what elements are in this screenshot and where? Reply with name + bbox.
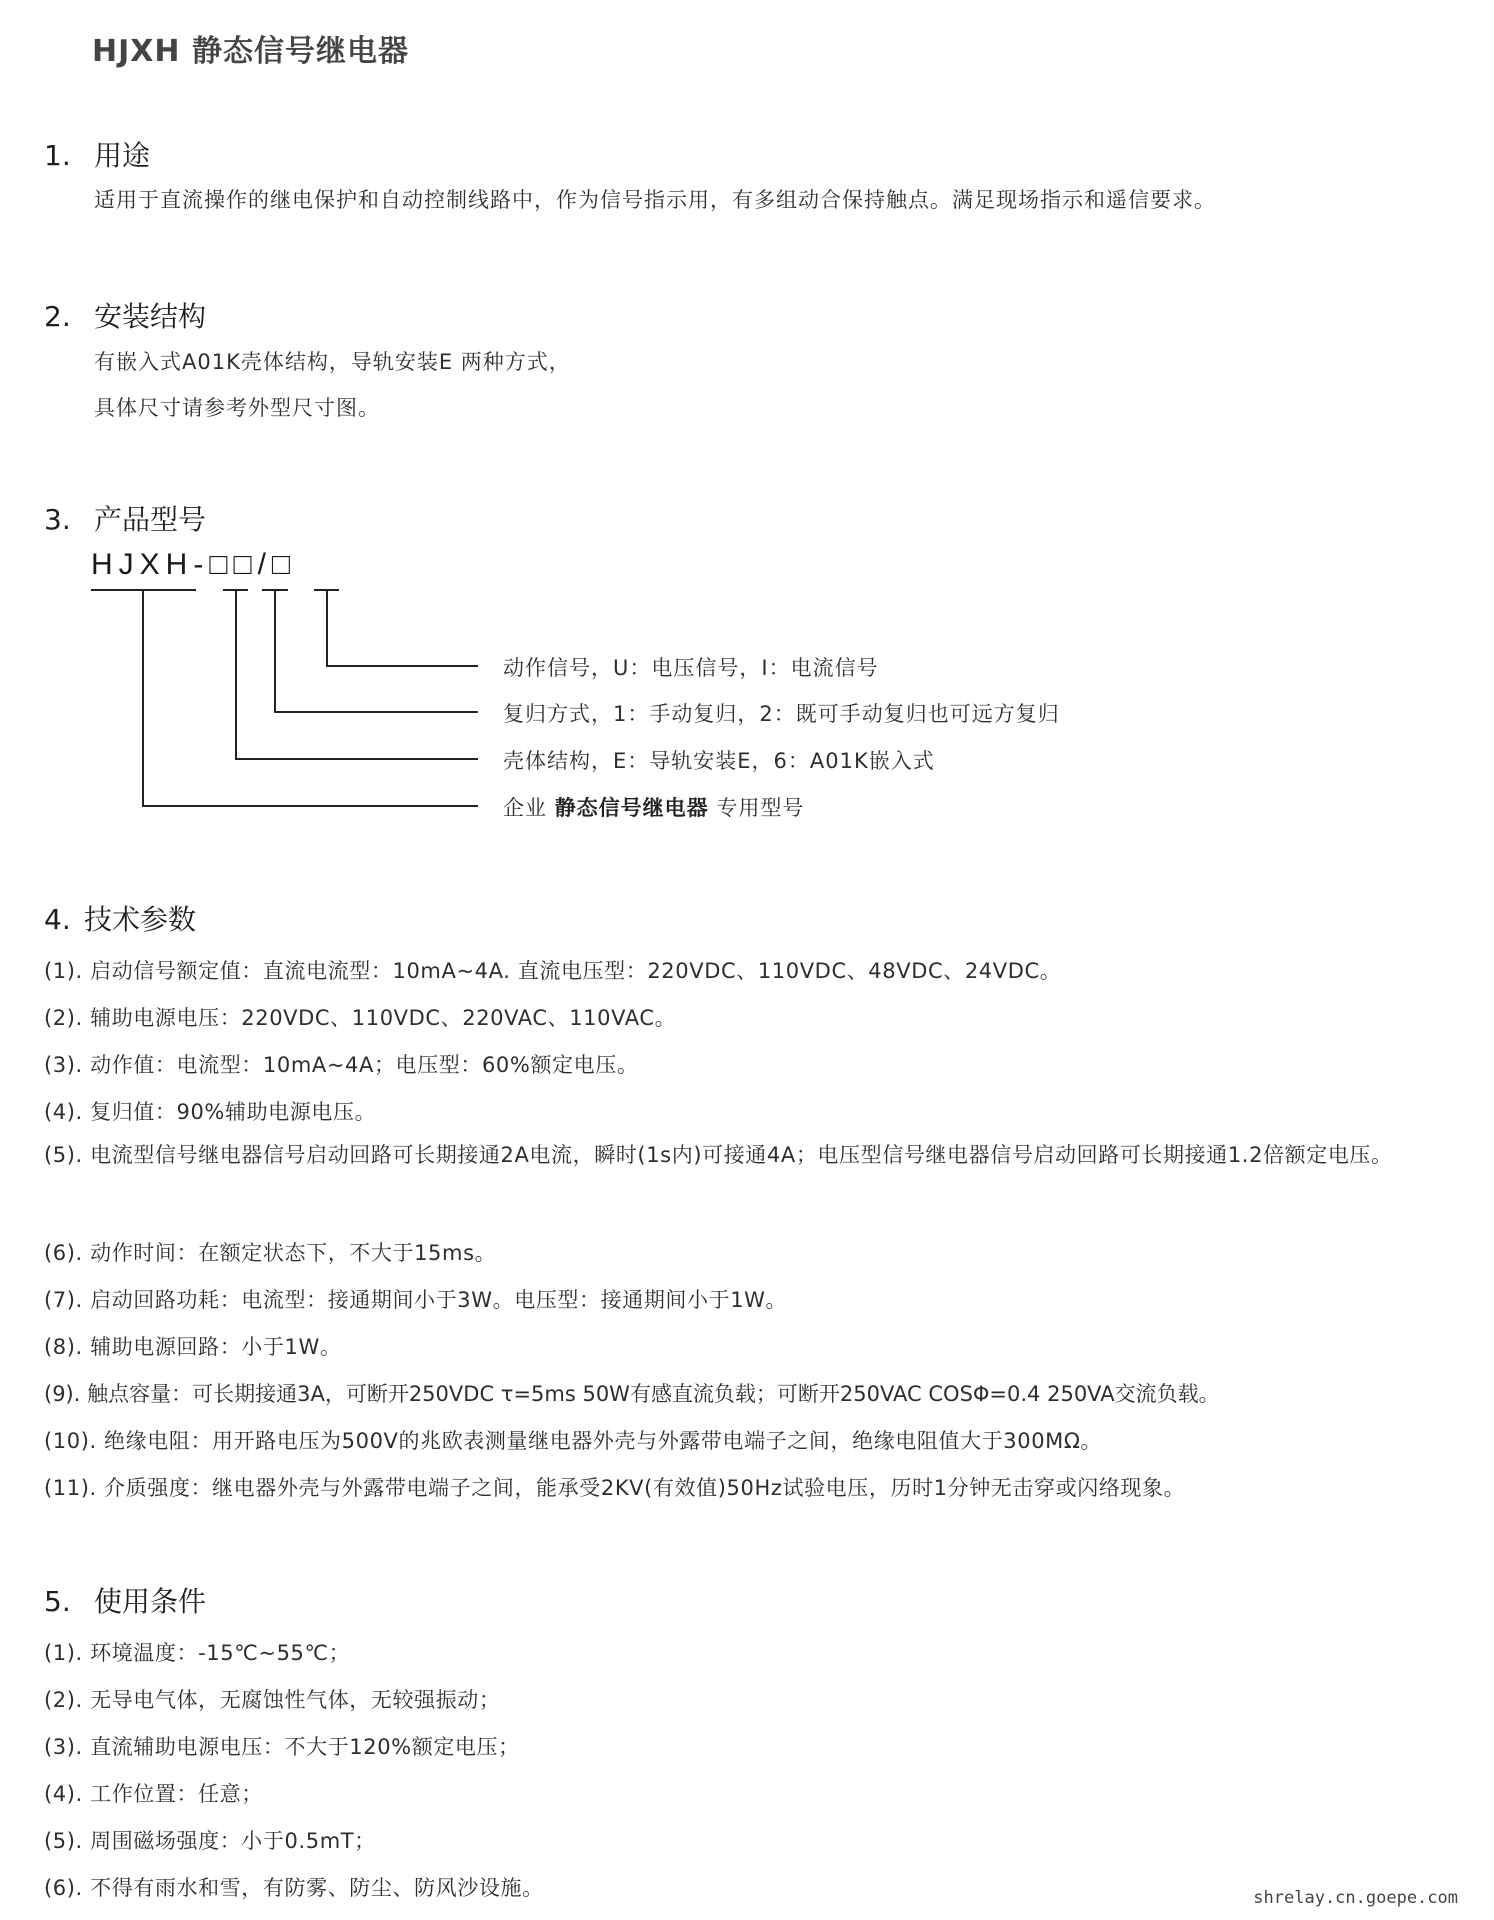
legend-suffix: 专用型号 (709, 796, 805, 820)
condition-item-2: (2). 无导电气体，无腐蚀性气体，无较强振动； (44, 1684, 501, 1714)
legend-reset-mode: 复归方式，1：手动复归，2：既可手动复归也可远方复归 (503, 698, 1060, 728)
spec-item-9: (9). 触点容量：可长期接通3A，可断开250VDC τ=5ms 50W有感直… (44, 1378, 1220, 1408)
condition-item-5: (5). 周围磁场强度：小于0.5mT； (44, 1825, 376, 1855)
spec-item-4: (4). 复归值：90%辅助电源电压。 (44, 1096, 376, 1126)
condition-item-1: (1). 环境温度：-15℃~55℃； (44, 1637, 350, 1667)
legend-action-signal: 动作信号，U：电压信号，I：电流信号 (503, 652, 879, 682)
legend-enterprise-model: 企业 静态信号继电器 专用型号 (503, 792, 804, 822)
legend-housing: 壳体结构，E：导轨安装E，6：A01K嵌入式 (503, 745, 935, 775)
spec-item-2: (2). 辅助电源电压：220VDC、110VDC、220VAC、110VAC。 (44, 1002, 676, 1032)
condition-item-4: (4). 工作位置：任意； (44, 1778, 263, 1808)
spec-item-8: (8). 辅助电源回路：小于1W。 (44, 1331, 341, 1361)
section-title: 技术参数 (84, 903, 196, 936)
section-number: 4. (44, 903, 84, 936)
condition-item-6: (6). 不得有雨水和雪，有防雾、防尘、防风沙设施。 (44, 1872, 544, 1902)
spec-item-1: (1). 启动信号额定值：直流电流型：10mA~4A. 直流电压型：220VDC… (44, 955, 1061, 985)
section-number: 5. (44, 1585, 94, 1618)
legend-bold-product: 静态信号继电器 (555, 796, 709, 820)
spec-item-11: (11). 介质强度：继电器外壳与外露带电端子之间，能承受2KV(有效值)50H… (44, 1472, 1185, 1502)
condition-item-3: (3). 直流辅助电源电压：不大于120%额定电压； (44, 1731, 520, 1761)
section-5-heading: 5.使用条件 (44, 1580, 206, 1620)
spec-item-7: (7). 启动回路功耗：电流型：接通期间小于3W。电压型：接通期间小于1W。 (44, 1284, 787, 1314)
spec-item-3: (3). 动作值：电流型：10mA~4A；电压型：60%额定电压。 (44, 1049, 638, 1079)
section-title: 使用条件 (94, 1585, 206, 1618)
legend-prefix: 企业 (503, 796, 555, 820)
spec-item-10: (10). 绝缘电阻：用开路电压为500V的兆欧表测量继电器外壳与外露带电端子之… (44, 1425, 1102, 1455)
spec-item-6: (6). 动作时间：在额定状态下，不大于15ms。 (44, 1237, 496, 1267)
section-4-heading: 4.技术参数 (44, 898, 196, 938)
spec-item-5: (5). 电流型信号继电器信号启动回路可长期接通2A电流，瞬时(1s内)可接通4… (44, 1132, 1484, 1178)
watermark: shrelay.cn.goepe.com (1253, 1888, 1458, 1908)
